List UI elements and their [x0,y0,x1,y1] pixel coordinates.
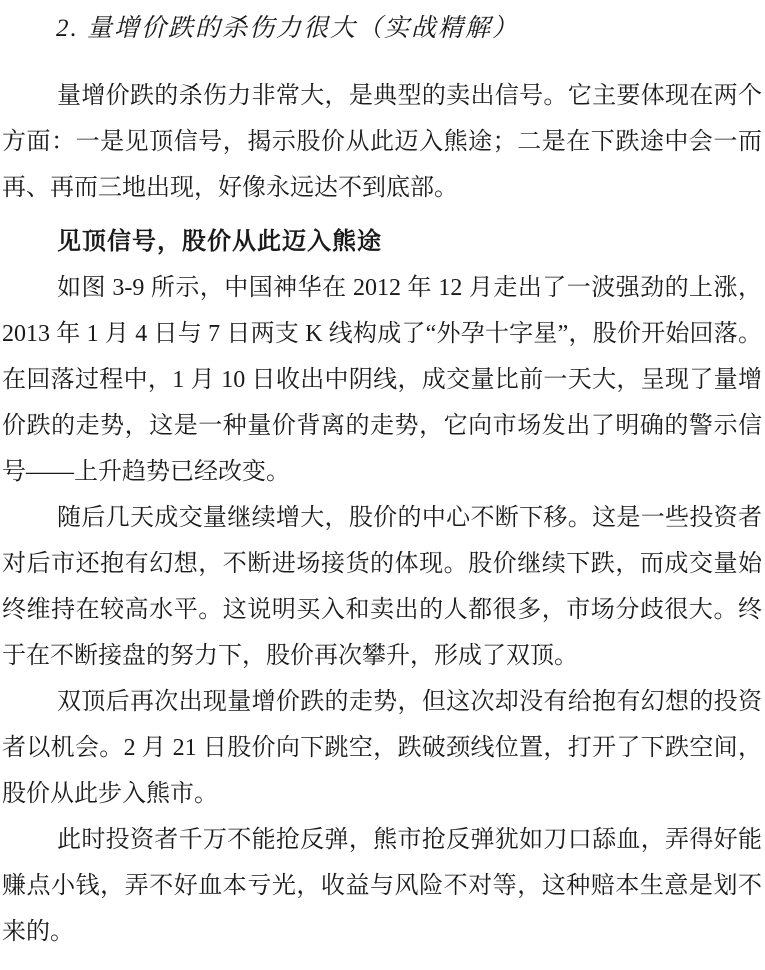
text-line: 者以机会。2 月 21 日股价向下跳空，跌破颈线位置，打开了下跌空间， [2,725,762,771]
text-line: 在回落过程中，1 月 10 日收出中阴线，成交量比前一天大，呈现了量增 [2,357,762,403]
book-page: 2. 量增价跌的杀伤力很大（实战精解） 量增价跌的杀伤力非常大，是典型的卖出信号… [0,0,765,970]
text-line: 赚点小钱，弄不好血本亏光，收益与风险不对等，这种赔本生意是划不 [2,863,762,909]
paragraph-4: 双顶后再次出现量增价跌的走势，但这次却没有给抱有幻想的投资 者以机会。2 月 2… [2,679,762,817]
text-line: 终维持在较高水平。这说明买入和卖出的人都很多，市场分歧很大。终 [2,587,762,633]
text-line: 价跌的走势，这是一种量价背离的走势，它向市场发出了明确的警示信 [2,403,762,449]
text-line: 于在不断接盘的努力下，股价再次攀升，形成了双顶。 [2,633,762,679]
text-line: 再、再而三地出现，好像永远达不到底部。 [2,165,762,211]
text-line: 来的。 [2,909,762,955]
text-line: 双顶后再次出现量增价跌的走势，但这次却没有给抱有幻想的投资 [2,679,762,725]
text-line: 量增价跌的杀伤力非常大，是典型的卖出信号。它主要体现在两个 [2,73,762,119]
paragraph-5: 此时投资者千万不能抢反弹，熊市抢反弹犹如刀口舔血，弄得好能 赚点小钱，弄不好血本… [2,817,762,955]
text-line: 随后几天成交量继续增大，股价的中心不断下移。这是一些投资者 [2,495,762,541]
text-line: 此时投资者千万不能抢反弹，熊市抢反弹犹如刀口舔血，弄得好能 [2,817,762,863]
subsection-heading: 见顶信号，股价从此迈入熊途 [2,219,762,265]
text-line: 对后市还抱有幻想，不断进场接货的体现。股价继续下跌，而成交量始 [2,541,762,587]
paragraph-2: 如图 3-9 所示，中国神华在 2012 年 12 月走出了一波强劲的上涨， 2… [2,265,762,495]
text-line: 如图 3-9 所示，中国神华在 2012 年 12 月走出了一波强劲的上涨， [2,265,762,311]
section-heading: 2. 量增价跌的杀伤力很大（实战精解） [2,7,762,51]
paragraph-3: 随后几天成交量继续增大，股价的中心不断下移。这是一些投资者 对后市还抱有幻想，不… [2,495,762,679]
text-line: 号——上升趋势已经改变。 [2,449,762,495]
paragraph-1: 量增价跌的杀伤力非常大，是典型的卖出信号。它主要体现在两个 方面：一是见顶信号，… [2,73,762,211]
text-line: 2013 年 1 月 4 日与 7 日两支 K 线构成了“外孕十字星”，股价开始… [2,311,762,357]
text-line: 股价从此步入熊市。 [2,771,762,817]
text-line: 方面：一是见顶信号，揭示股价从此迈入熊途；二是在下跌途中会一而 [2,119,762,165]
